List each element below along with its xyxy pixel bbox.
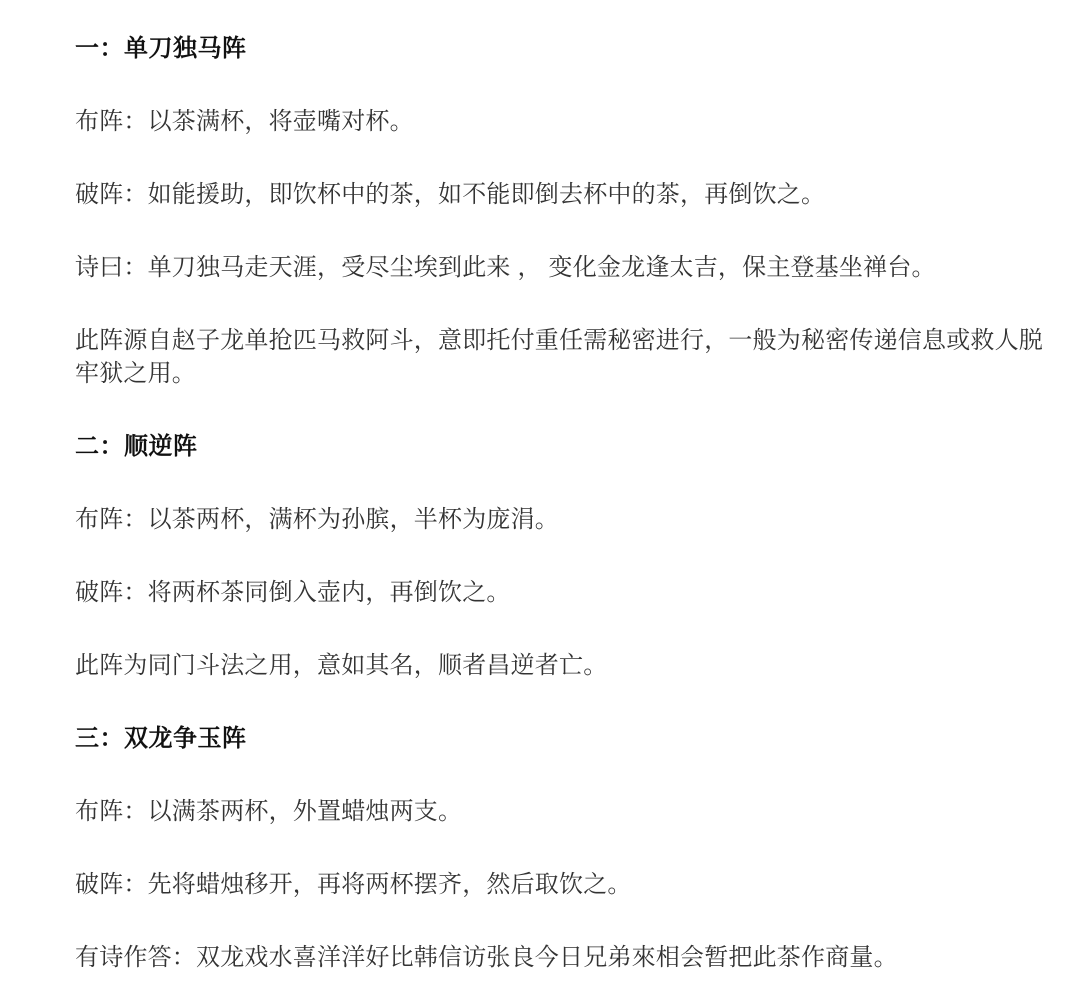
section-heading: 一：单刀独马阵 — [75, 32, 1045, 65]
section-1-dan-dao-du-ma: 一：单刀独马阵 布阵：以茶满杯，将壶嘴对杯。 破阵：如能援助，即饮杯中的茶，如不… — [75, 32, 1045, 390]
paragraph-origin-note: 此阵源自赵子龙单抢匹马救阿斗，意即托付重任需秘密进行，一般为秘密传递信息或救人脱… — [75, 324, 1045, 390]
section-heading: 三：双龙争玉阵 — [75, 722, 1045, 755]
paragraph-pozhen: 破阵：将两杯茶同倒入壶内，再倒饮之。 — [75, 576, 1045, 609]
paragraph-pozhen: 破阵：先将蜡烛移开，再将两杯摆齐，然后取饮之。 — [75, 868, 1045, 901]
section-heading: 二：顺逆阵 — [75, 430, 1045, 463]
section-2-shun-ni: 二：顺逆阵 布阵：以茶两杯，满杯为孙膑，半杯为庞涓。 破阵：将两杯茶同倒入壶内，… — [75, 430, 1045, 682]
document-page: 一：单刀独马阵 布阵：以茶满杯，将壶嘴对杯。 破阵：如能援助，即饮杯中的茶，如不… — [0, 0, 1080, 997]
paragraph-poem-reply: 有诗作答：双龙戏水喜洋洋好比韩信访张良今日兄弟來相会暂把此茶作商量。 — [75, 941, 1045, 974]
paragraph-buzhen: 布阵：以茶满杯，将壶嘴对杯。 — [75, 105, 1045, 138]
section-3-shuang-long-zheng-yu: 三：双龙争玉阵 布阵：以满茶两杯，外置蜡烛两支。 破阵：先将蜡烛移开，再将两杯摆… — [75, 722, 1045, 974]
paragraph-buzhen: 布阵：以满茶两杯，外置蜡烛两支。 — [75, 795, 1045, 828]
paragraph-shiyue: 诗曰：单刀独马走天涯，受尽尘埃到此来 ， 变化金龙逢太吉，保主登基坐禅台。 — [75, 251, 1045, 284]
paragraph-pozhen: 破阵：如能援助，即饮杯中的茶，如不能即倒去杯中的茶，再倒饮之。 — [75, 178, 1045, 211]
paragraph-usage-note: 此阵为同门斗法之用，意如其名，顺者昌逆者亡。 — [75, 649, 1045, 682]
paragraph-buzhen: 布阵：以茶两杯，满杯为孙膑，半杯为庞涓。 — [75, 503, 1045, 536]
